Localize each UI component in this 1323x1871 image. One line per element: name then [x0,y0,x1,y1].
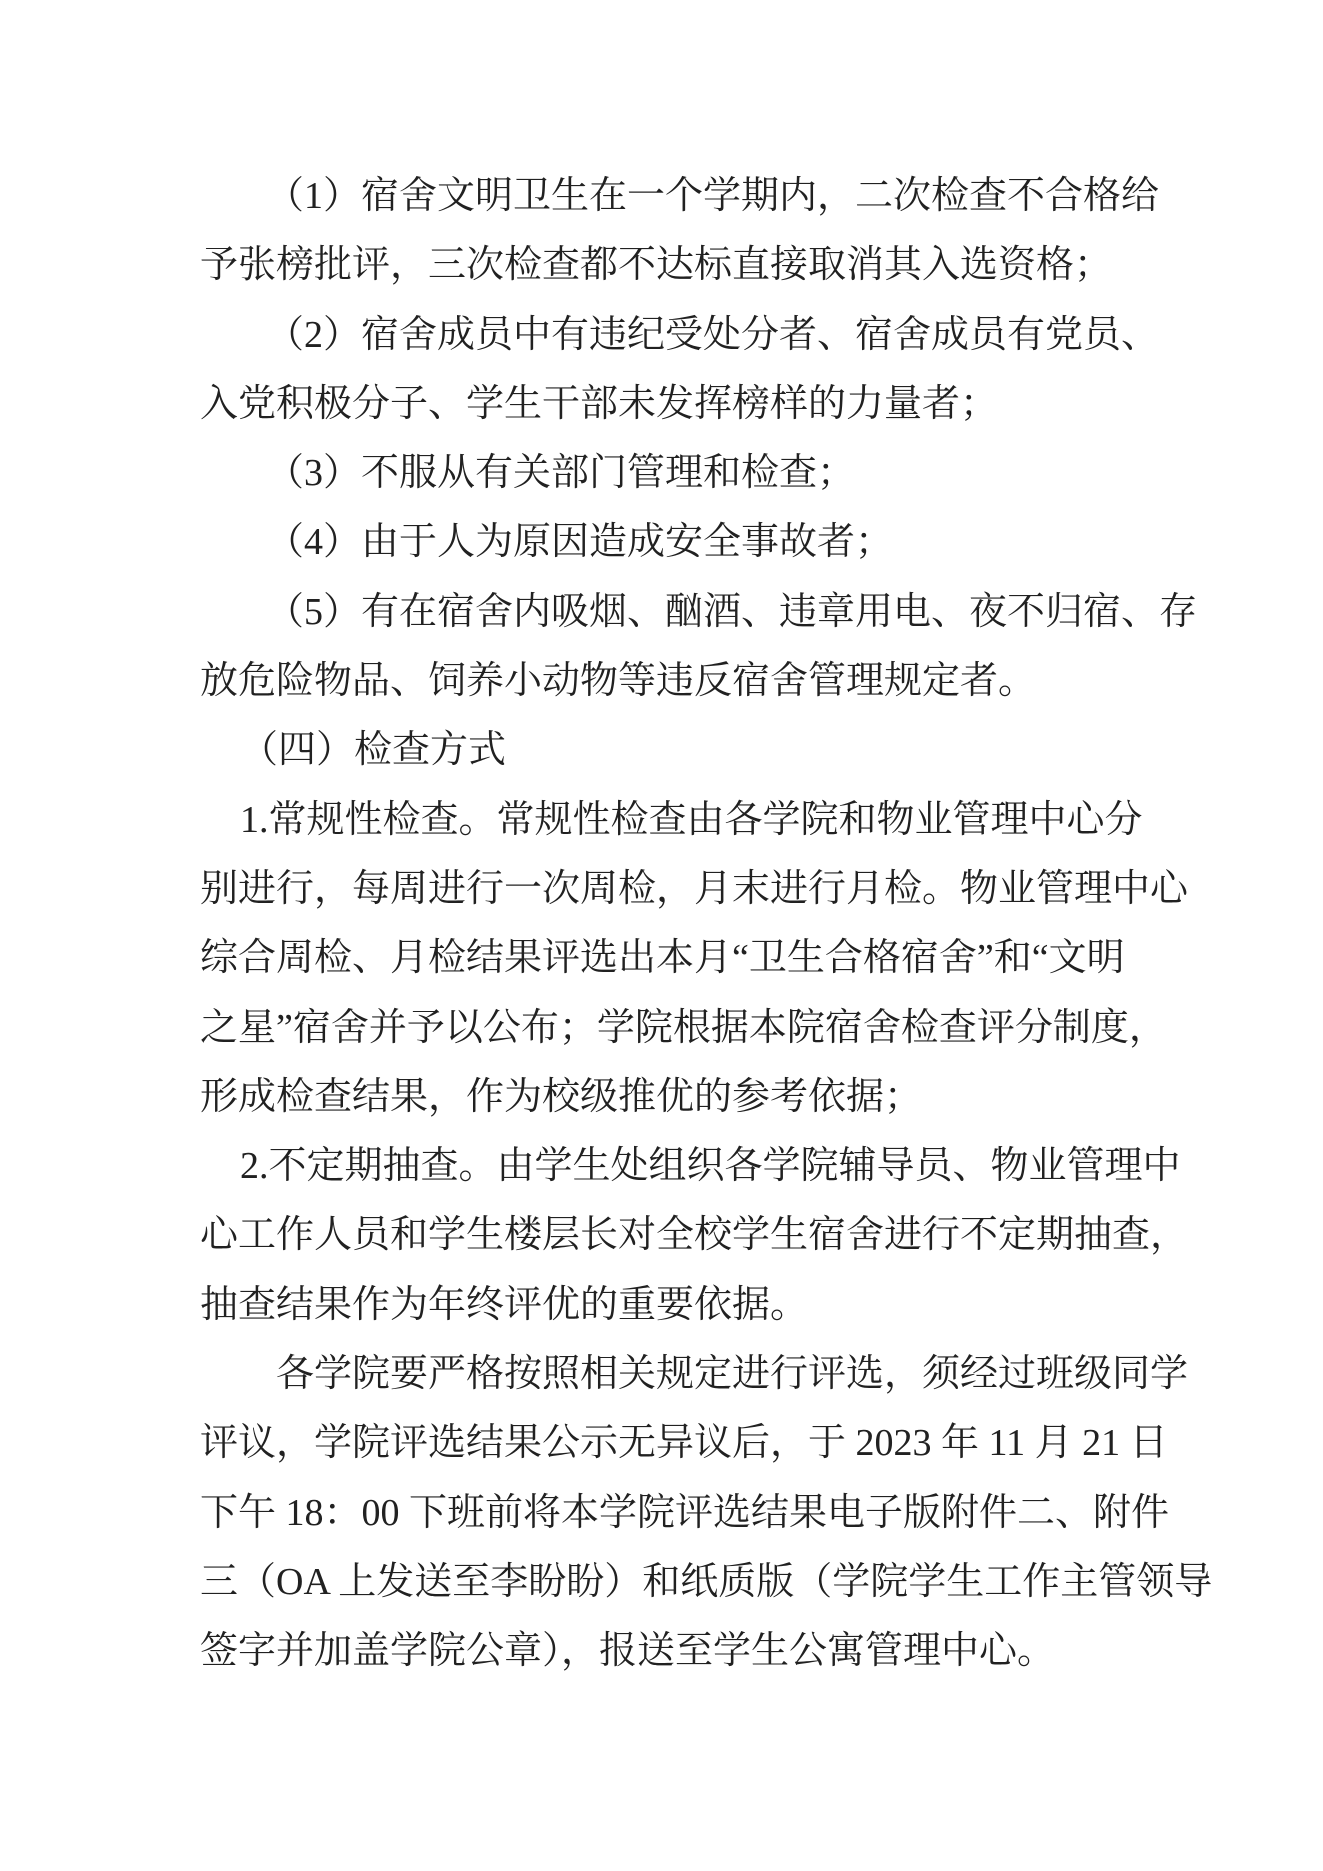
document-line: 入党积极分子、学生干部未发挥榜样的力量者； [200,370,1153,439]
document-line: 之星”宿舍并予以公布；学院根据本院宿舍检查评分制度， [200,994,1153,1063]
document-line: 下午 18：00 下班前将本学院评选结果电子版附件二、附件 [200,1479,1153,1548]
document-page: （1）宿舍文明卫生在一个学期内，二次检查不合格给予张榜批评，三次检查都不达标直接… [0,0,1323,1871]
document-line: （3）不服从有关部门管理和检查； [200,439,1153,508]
document-line: 综合周检、月检结果评选出本月“卫生合格宿舍”和“文明 [200,924,1153,993]
document-line: （5）有在宿舍内吸烟、酗酒、违章用电、夜不归宿、存 [200,578,1153,647]
document-line: （4）由于人为原因造成安全事故者； [200,508,1153,577]
document-line: 形成检查结果，作为校级推优的参考依据； [200,1063,1153,1132]
document-line: 2.不定期抽查。由学生处组织各学院辅导员、物业管理中 [200,1132,1153,1201]
document-line: 各学院要严格按照相关规定进行评选，须经过班级同学 [200,1340,1153,1409]
document-text-block: （1）宿舍文明卫生在一个学期内，二次检查不合格给予张榜批评，三次检查都不达标直接… [200,162,1153,1687]
document-line: （1）宿舍文明卫生在一个学期内，二次检查不合格给 [200,162,1153,231]
document-line: 心工作人员和学生楼层长对全校学生宿舍进行不定期抽查， [200,1201,1153,1270]
document-line: 评议，学院评选结果公示无异议后，于 2023 年 11 月 21 日 [200,1409,1153,1478]
document-line: 1.常规性检查。常规性检查由各学院和物业管理中心分 [200,786,1153,855]
document-line: 放危险物品、饲养小动物等违反宿舍管理规定者。 [200,647,1153,716]
document-line: 三（OA 上发送至李盼盼）和纸质版（学院学生工作主管领导 [200,1548,1153,1617]
document-line: （四）检查方式 [200,716,1153,785]
document-line: 抽查结果作为年终评优的重要依据。 [200,1271,1153,1340]
document-line: （2）宿舍成员中有违纪受处分者、宿舍成员有党员、 [200,301,1153,370]
document-line: 予张榜批评，三次检查都不达标直接取消其入选资格； [200,231,1153,300]
document-line: 别进行，每周进行一次周检，月末进行月检。物业管理中心 [200,855,1153,924]
document-line: 签字并加盖学院公章），报送至学生公寓管理中心。 [200,1617,1153,1686]
